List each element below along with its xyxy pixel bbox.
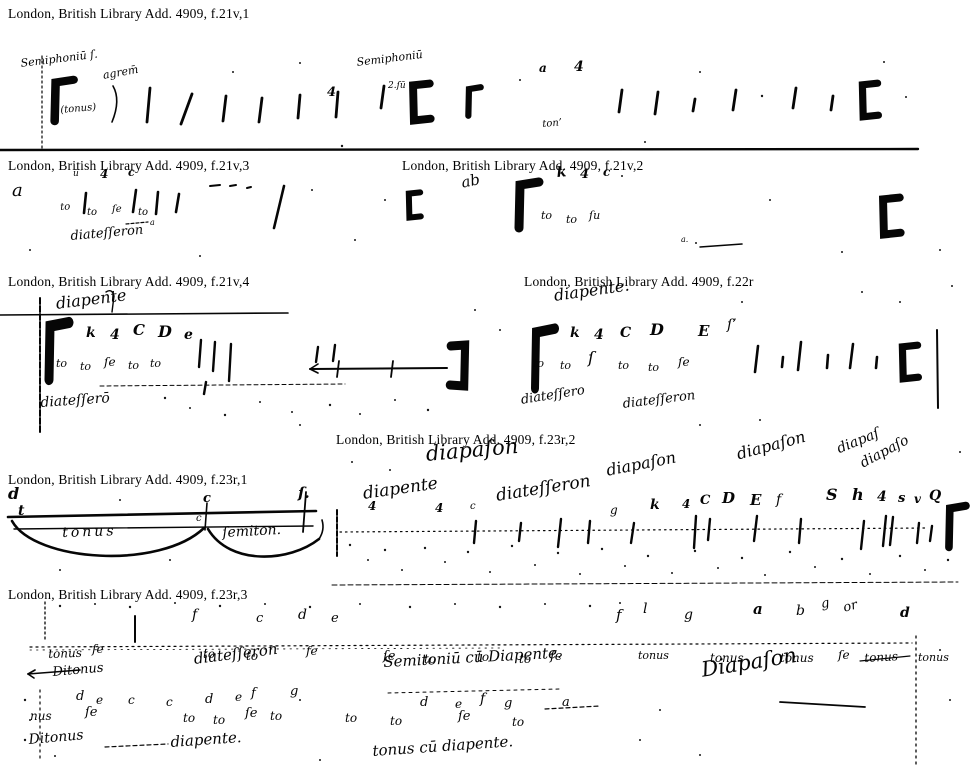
f23r1-diagram <box>8 492 323 571</box>
dash-underline <box>126 222 148 224</box>
pen-dash <box>700 244 742 247</box>
manuscript-collage-page: London, British Library Add. 4909, f.21v… <box>0 0 972 770</box>
square-c-clef-glyph <box>883 198 901 235</box>
f21v4-notation <box>0 291 501 433</box>
f23r3-notation <box>24 602 951 768</box>
scan-noise <box>621 175 941 253</box>
scan-noise <box>29 189 386 257</box>
dotted-rule <box>30 648 500 650</box>
scan-noise <box>59 499 171 571</box>
scan-noise <box>24 602 951 761</box>
scan-noise <box>232 61 907 147</box>
f23r2-notation <box>332 451 966 585</box>
square-c-clef-glyph <box>413 84 431 121</box>
tonus-arrow <box>28 670 80 678</box>
f21v3-notation <box>29 185 386 257</box>
gamma-clef-glyph <box>519 182 539 228</box>
faint-ruled-line <box>100 384 345 386</box>
fragment-label: London, British Library Add. 4909, f.21v… <box>8 158 250 174</box>
fragment-label: London, British Library Add. 4909, f.23r… <box>336 432 576 448</box>
scan-noise <box>699 285 953 426</box>
scan-noise <box>349 451 961 576</box>
fragment-label: London, British Library Add. 4909, f.21v… <box>402 158 644 174</box>
note-strokes <box>474 516 932 549</box>
dashed-rule <box>332 582 958 585</box>
note-strokes <box>84 186 284 228</box>
measure-arrow <box>310 361 447 377</box>
square-c-clef-glyph <box>409 192 421 217</box>
section-separator-line <box>0 149 918 150</box>
note-strokes <box>755 342 877 372</box>
ruled-line <box>0 313 288 315</box>
semitone-arc <box>208 529 319 557</box>
pen-dash <box>545 706 600 709</box>
gamma-clef-glyph <box>949 506 966 547</box>
gamma-clef-glyph <box>535 329 555 389</box>
fragment-label: London, British Library Add. 4909, f.23r… <box>8 472 248 488</box>
edge-line <box>937 330 938 408</box>
tonus-arc <box>12 521 204 556</box>
pen-dashes <box>210 185 251 188</box>
division-tick <box>205 503 207 530</box>
square-c-clef-glyph <box>902 345 918 379</box>
f22r-notation <box>535 285 953 426</box>
f21v1-notation <box>0 56 918 150</box>
gamma-clef-glyph <box>55 80 74 121</box>
dotted-rule <box>30 643 912 647</box>
monochord-line-lower <box>14 526 313 529</box>
gamma-clef-glyph <box>468 87 480 116</box>
square-c-clef-glyph <box>862 83 878 117</box>
pen-hook <box>106 291 114 312</box>
gamma-clef-glyph <box>49 322 69 379</box>
pen-dash <box>388 689 560 693</box>
pen-dash <box>105 744 168 747</box>
strike-line <box>860 656 910 661</box>
close-bracket-glyph <box>450 345 465 386</box>
fragment-label: London, British Library Add. 4909, f.21v… <box>8 274 250 290</box>
brace-stroke <box>112 86 117 122</box>
monochord-line-upper <box>8 511 316 517</box>
f21v2-notation <box>409 175 941 253</box>
note-strokes <box>147 86 833 124</box>
manuscript-ink-overlay <box>0 0 972 770</box>
arc-end-hook <box>319 520 323 539</box>
fragment-label: London, British Library Add. 4909, f.21v… <box>8 6 250 22</box>
fragment-label: London, British Library Add. 4909, f.23r… <box>8 587 248 603</box>
diapason-tail-stroke <box>780 702 865 707</box>
fragment-label: London, British Library Add. 4909, f.22r <box>524 274 754 290</box>
